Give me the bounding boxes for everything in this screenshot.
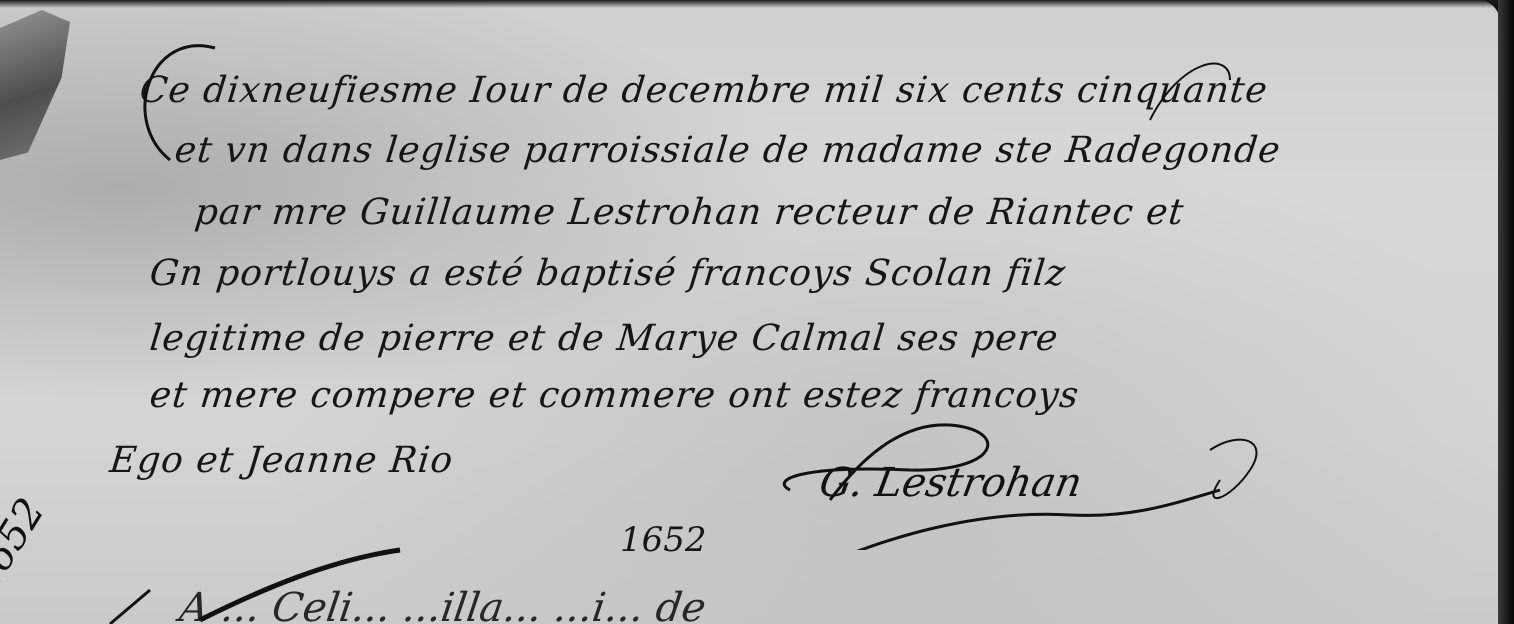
entry-line-1: Ce dixneufiesme Iour de decembre mil six… (138, 70, 1270, 111)
entry-line-6: et mere compere et commere ont estez fra… (148, 375, 1081, 416)
register-page: Ce dixneufiesme Iour de decembre mil six… (0, 0, 1500, 624)
entry-line-4: Gn portlouys a esté baptisé francoys Sco… (148, 253, 1068, 294)
margin-year: 1652 (0, 490, 54, 601)
page-right-edge (1498, 0, 1514, 624)
entry-line-5: legitime de pierre et de Marye Calmal se… (148, 318, 1061, 359)
torn-page-corner (0, 10, 70, 160)
page-top-shadow (0, 0, 1514, 8)
entry-line-2: et vn dans leglise parroissiale de madam… (173, 130, 1283, 171)
priest-signature: G. Lestrohan (816, 460, 1085, 506)
entry-year: 1652 (620, 520, 707, 560)
next-entry-partial: A ... Celi... ...illa... ...i... de (177, 585, 709, 624)
entry-line-7: Ego et Jeanne Rio (108, 440, 456, 481)
entry-line-3: par mre Guillaume Lestrohan recteur de R… (193, 192, 1186, 233)
